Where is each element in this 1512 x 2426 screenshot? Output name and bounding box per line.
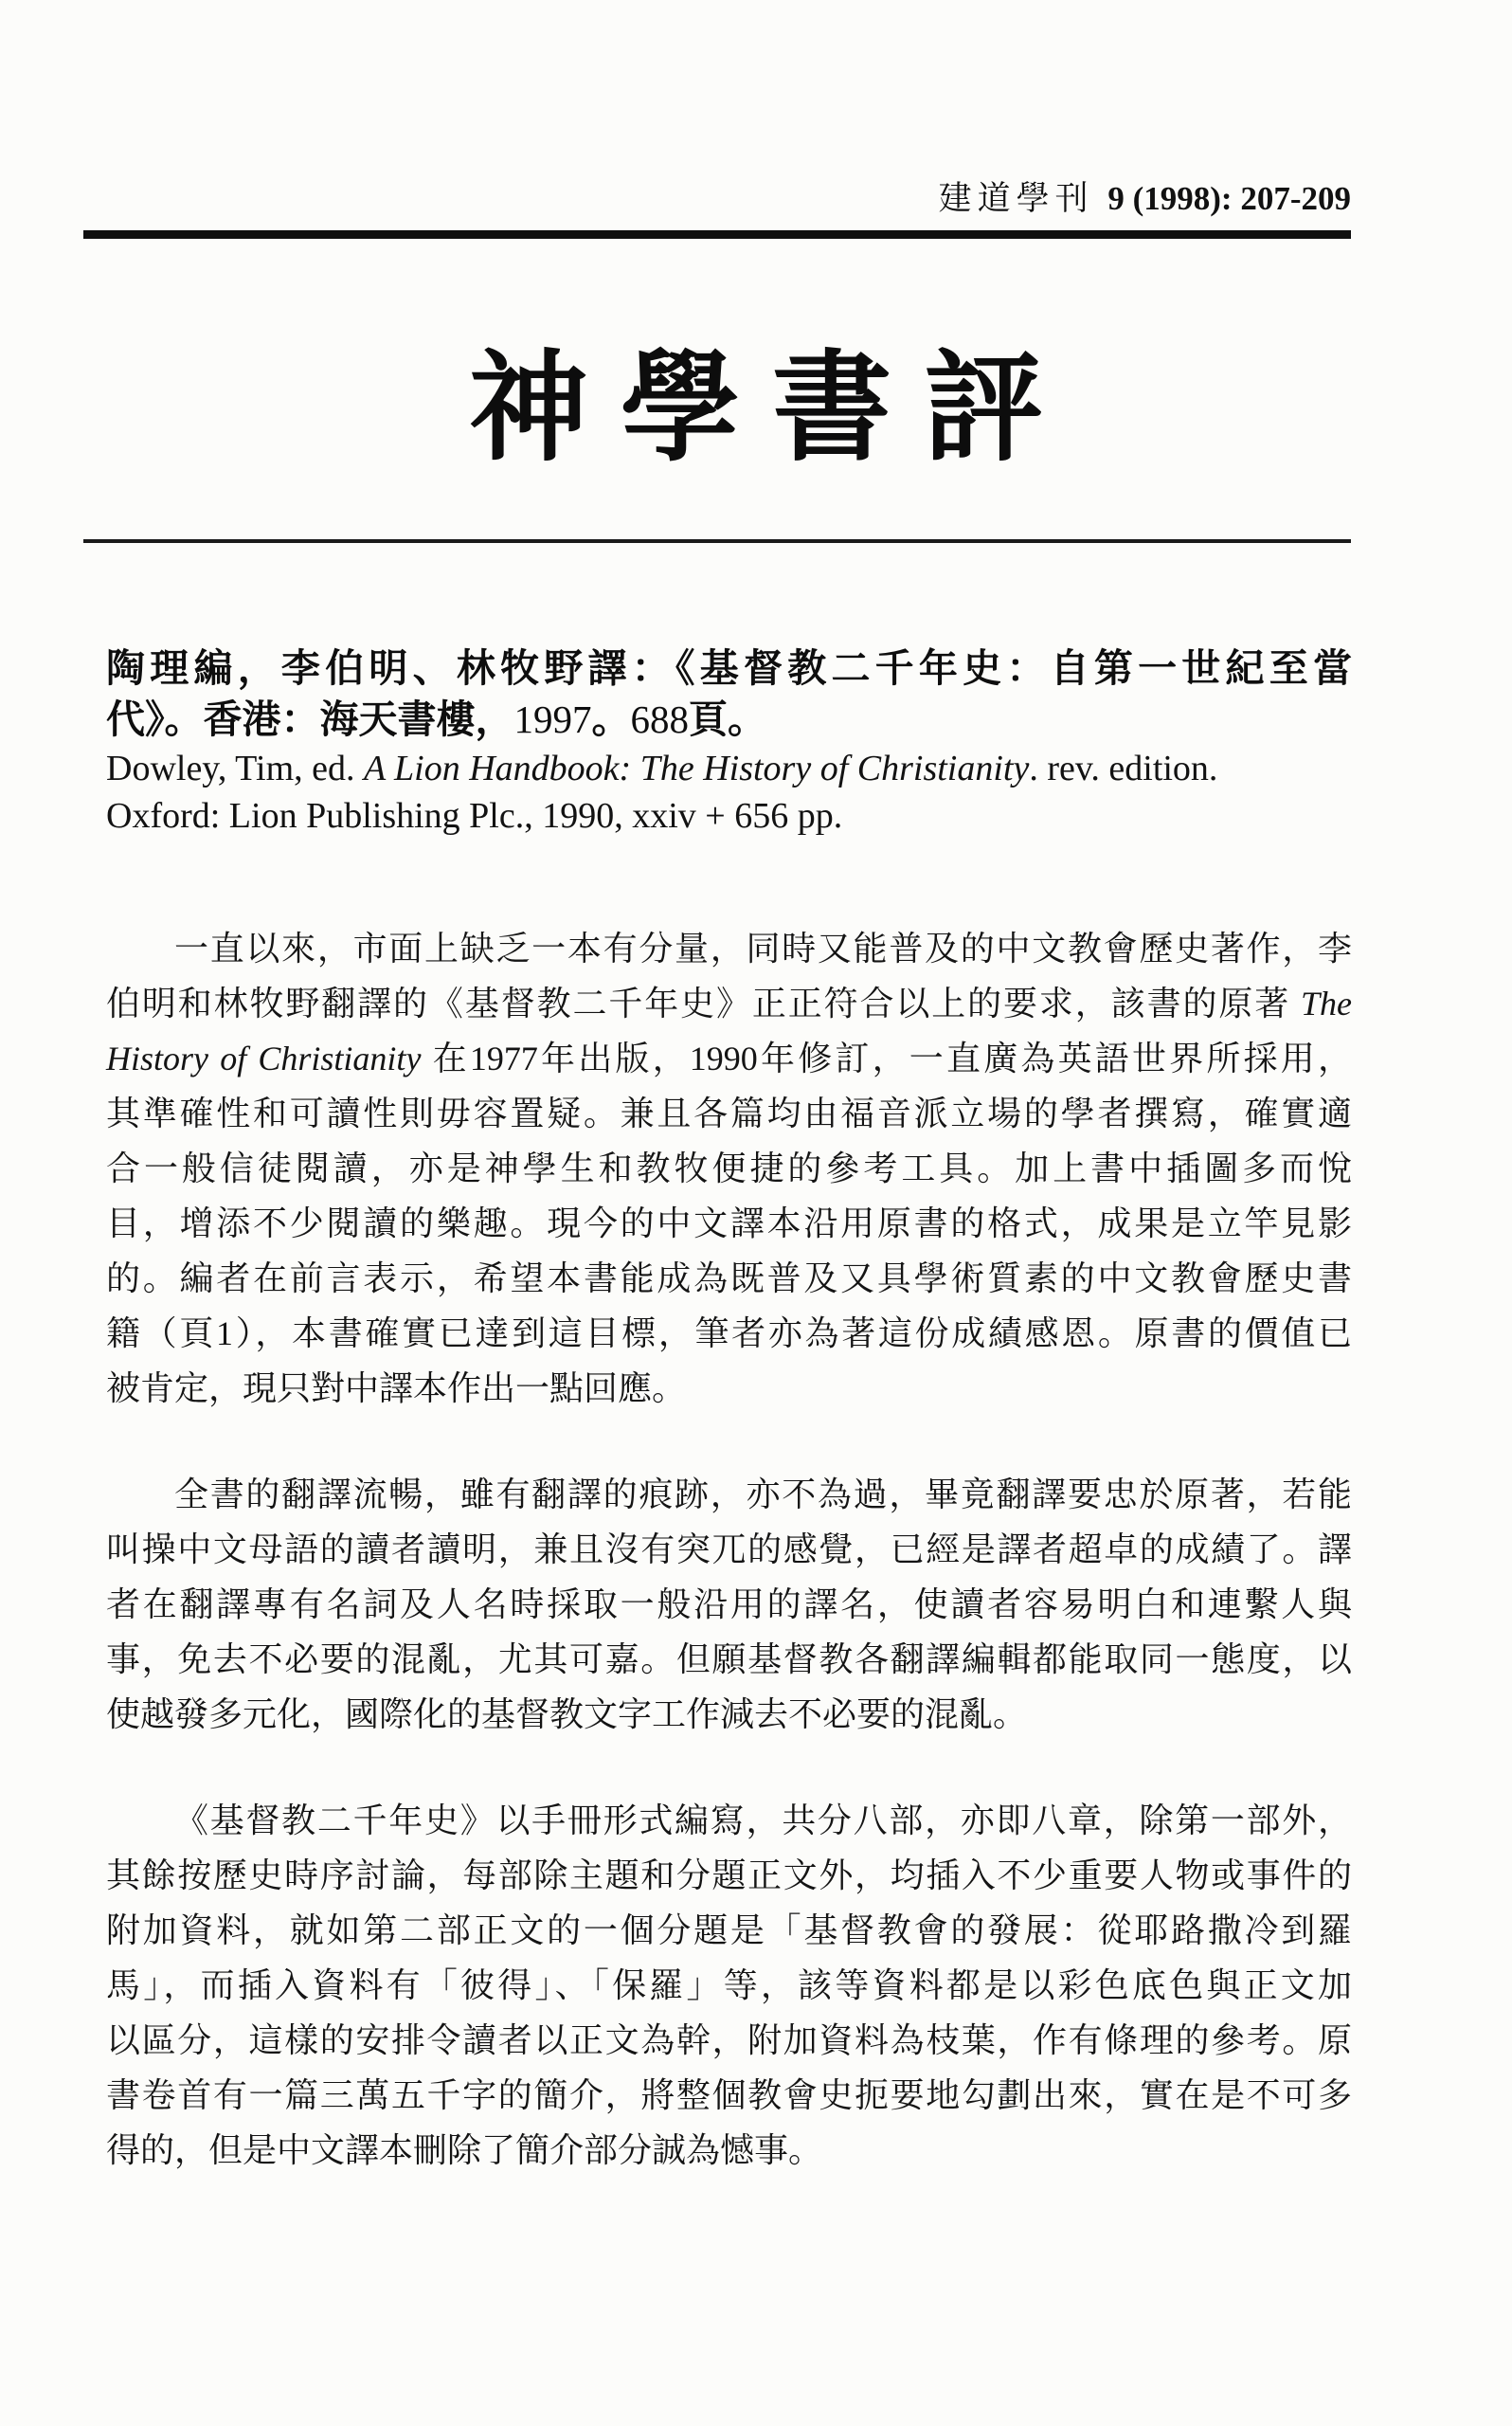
- review-body: 一直以來，市面上缺乏一本有分量，同時又能普及的中文教會歷史著作，李伯明和林牧野翻…: [106, 921, 1352, 2178]
- text-segment: 馬」，而插入資料有「彼得」、「保羅」等，該等資料都是以彩色底色與正文加: [106, 1966, 1352, 2004]
- text-line: 《基督教二千年史》以手冊形式編寫，共分八部，亦即八章，除第一部外，: [106, 1793, 1352, 1848]
- text-line: 使越發多元化，國際化的基督教文字工作減去不必要的混亂。: [106, 1687, 1352, 1742]
- text-segment: 使越發多元化，國際化的基督教文字工作減去不必要的混亂。: [106, 1695, 1027, 1733]
- text-segment: 其準確性和可讀性則毋容置疑。兼且各篇均由福音派立場的學者撰寫，確實適: [106, 1095, 1352, 1132]
- paragraph: 一直以來，市面上缺乏一本有分量，同時又能普及的中文教會歷史著作，李伯明和林牧野翻…: [106, 921, 1352, 1416]
- text-segment: 籍（頁1），本書確實已達到這目標，筆者亦為著這份成績感恩。原書的價值已: [106, 1314, 1352, 1352]
- text-segment: 688: [631, 697, 690, 741]
- bibliography-line: Oxford: Lion Publishing Plc., 1990, xxiv…: [106, 792, 1352, 840]
- text-segment: 附加資料，就如第二部正文的一個分題是「基督教會的發展：從耶路撒冷到羅: [106, 1911, 1352, 1949]
- text-segment: 全書的翻譯流暢，雖有翻譯的痕跡，亦不為過，畢竟翻譯要忠於原著，若能: [174, 1476, 1352, 1513]
- text-segment: . rev. edition.: [1029, 749, 1217, 788]
- italic-text: A Lion Handbook: The History of Christia…: [364, 749, 1029, 788]
- text-line: 其準確性和可讀性則毋容置疑。兼且各篇均由福音派立場的學者撰寫，確實適: [106, 1086, 1352, 1141]
- text-segment: 被肯定，現只對中譯本作出一點回應。: [106, 1369, 686, 1407]
- text-line: 書卷首有一篇三萬五千字的簡介，將整個教會史扼要地勾劃出來，實在是不可多: [106, 2068, 1352, 2123]
- text-segment: 得的，但是中文譯本刪除了簡介部分誠為憾事。: [106, 2131, 822, 2169]
- text-line: 全書的翻譯流暢，雖有翻譯的痕跡，亦不為過，畢竟翻譯要忠於原著，若能: [106, 1467, 1352, 1522]
- text-line: 合一般信徒閱讀，亦是神學生和教牧便捷的參考工具。加上書中插圖多而悅: [106, 1141, 1352, 1196]
- text-line: History of Christianity 在1977年出版，1990年修訂…: [106, 1031, 1352, 1086]
- text-segment: 1997: [514, 697, 592, 741]
- text-line: 叫操中文母語的讀者讀明，兼且沒有突兀的感覺，已經是譯者超卓的成績了。譯: [106, 1522, 1352, 1577]
- text-segment: 者在翻譯專有名詞及人名時採取一般沿用的譯名，使讀者容易明白和連繫人與: [106, 1585, 1352, 1623]
- text-segment: 目，增添不少閱讀的樂趣。現今的中文譯本沿用原書的格式，成果是立竿見影: [106, 1204, 1352, 1242]
- text-segment: 《基督教二千年史》以手冊形式編寫，共分八部，亦即八章，除第一部外，: [174, 1801, 1352, 1839]
- italic-text: History of Christianity: [106, 1040, 421, 1077]
- text-line: 伯明和林牧野翻譯的《基督教二千年史》正正符合以上的要求，該書的原著 The: [106, 976, 1352, 1031]
- text-line: 事，免去不必要的混亂，尤其可嘉。但願基督教各翻譯編輯都能取同一態度，以: [106, 1632, 1352, 1687]
- title-rule-thin: [83, 539, 1351, 543]
- text-line: 籍（頁1），本書確實已達到這目標，筆者亦為著這份成績感恩。原書的價值已: [106, 1306, 1352, 1361]
- paragraph: 全書的翻譯流暢，雖有翻譯的痕跡，亦不為過，畢竟翻譯要忠於原著，若能叫操中文母語的…: [106, 1467, 1352, 1742]
- journal-name: 建道學刊: [939, 180, 1108, 217]
- text-segment: Dowley, Tim, ed.: [106, 749, 364, 788]
- bibliography-line: Dowley, Tim, ed. A Lion Handbook: The Hi…: [106, 745, 1352, 792]
- journal-header: 建道學刊 9 (1998): 207-209: [939, 178, 1351, 220]
- text-segment: 書卷首有一篇三萬五千字的簡介，將整個教會史扼要地勾劃出來，實在是不可多: [106, 2076, 1352, 2114]
- text-segment: 在1977年出版，1990年修訂，一直廣為英語世界所採用，: [421, 1040, 1352, 1077]
- header-rule-thick: [83, 230, 1351, 239]
- text-line: 附加資料，就如第二部正文的一個分題是「基督教會的發展：從耶路撒冷到羅: [106, 1903, 1352, 1958]
- text-line: 目，增添不少閱讀的樂趣。現今的中文譯本沿用原書的格式，成果是立竿見影: [106, 1196, 1352, 1251]
- bibliography: 陶理編，李伯明、林牧野譯：《基督教二千年史：自第一世紀至當代》。香港：海天書樓，…: [106, 643, 1352, 840]
- bibliography-line: 代》。香港：海天書樓，1997。688頁。: [106, 694, 1352, 745]
- text-line: 被肯定，現只對中譯本作出一點回應。: [106, 1361, 1352, 1416]
- text-segment: 陶理編，李伯明、林牧野譯：《基督教二千年史：自第一世紀至當: [106, 645, 1352, 691]
- text-line: 者在翻譯專有名詞及人名時採取一般沿用的譯名，使讀者容易明白和連繫人與: [106, 1577, 1352, 1632]
- text-segment: 一直以來，市面上缺乏一本有分量，同時又能普及的中文教會歷史著作，李: [174, 930, 1352, 968]
- paragraph: 《基督教二千年史》以手冊形式編寫，共分八部，亦即八章，除第一部外，其餘按歷史時序…: [106, 1793, 1352, 2178]
- text-segment: 其餘按歷史時序討論，每部除主題和分題正文外，均插入不少重要人物或事件的: [106, 1856, 1352, 1894]
- journal-issue-pages: 9 (1998): 207-209: [1107, 180, 1351, 217]
- text-segment: 的。編者在前言表示，希望本書能成為既普及又具學術質素的中文教會歷史書: [106, 1259, 1352, 1297]
- text-line: 一直以來，市面上缺乏一本有分量，同時又能普及的中文教會歷史著作，李: [106, 921, 1352, 976]
- text-segment: 以區分，這樣的安排令讀者以正文為幹，附加資料為枝葉，作有條理的參考。原: [106, 2021, 1352, 2059]
- scanned-journal-page: 建道學刊 9 (1998): 207-209 神學書評 陶理編，李伯明、林牧野譯…: [0, 0, 1512, 2426]
- text-segment: 叫操中文母語的讀者讀明，兼且沒有突兀的感覺，已經是譯者超卓的成績了。譯: [106, 1530, 1352, 1568]
- bibliography-line: 陶理編，李伯明、林牧野譯：《基督教二千年史：自第一世紀至當: [106, 643, 1352, 694]
- text-line: 的。編者在前言表示，希望本書能成為既普及又具學術質素的中文教會歷史書: [106, 1251, 1352, 1306]
- italic-text: The: [1301, 985, 1352, 1023]
- text-segment: 伯明和林牧野翻譯的《基督教二千年史》正正符合以上的要求，該書的原著: [106, 985, 1301, 1023]
- text-segment: Oxford: Lion Publishing Plc., 1990, xxiv…: [106, 796, 842, 836]
- text-line: 以區分，這樣的安排令讀者以正文為幹，附加資料為枝葉，作有條理的參考。原: [106, 2013, 1352, 2068]
- text-line: 得的，但是中文譯本刪除了簡介部分誠為憾事。: [106, 2123, 1352, 2178]
- text-line: 其餘按歷史時序討論，每部除主題和分題正文外，均插入不少重要人物或事件的: [106, 1848, 1352, 1903]
- text-segment: 。: [592, 697, 631, 742]
- text-line: 馬」，而插入資料有「彼得」、「保羅」等，該等資料都是以彩色底色與正文加: [106, 1958, 1352, 2013]
- text-segment: 頁。: [689, 697, 766, 742]
- page-title: 神學書評: [0, 328, 1512, 489]
- text-segment: 事，免去不必要的混亂，尤其可嘉。但願基督教各翻譯編輯都能取同一態度，以: [106, 1640, 1352, 1678]
- text-segment: 合一般信徒閱讀，亦是神學生和教牧便捷的參考工具。加上書中插圖多而悅: [106, 1150, 1352, 1187]
- text-segment: 代》。香港：海天書樓，: [106, 697, 514, 742]
